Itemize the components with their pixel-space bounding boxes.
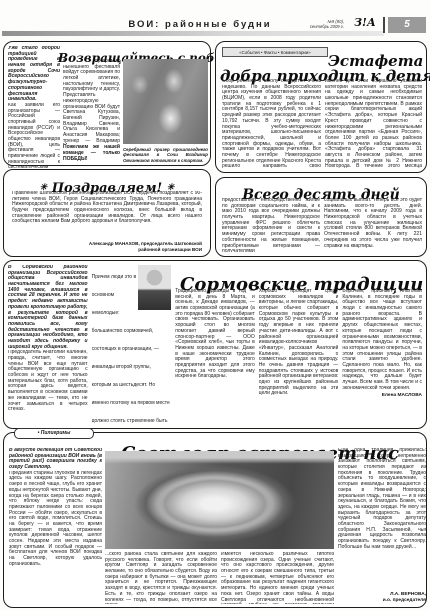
rubric-tag-pilgrims: • Пилигримы bbox=[14, 428, 94, 439]
article-sormovo-columns: В Сормовской районной организации Всерос… bbox=[8, 265, 422, 425]
article-svetloyar-text-right: Еще одна традиция прижилась: возвращаясь… bbox=[338, 448, 426, 592]
article-sormovo-column-5: Впрочем, признает Анатолий Калинин, в по… bbox=[342, 265, 422, 425]
page-number: 5 bbox=[388, 17, 426, 33]
article-svetloyar-column-mid2: Имеется несколько различных гипотез прои… bbox=[221, 552, 334, 604]
article-estafeta-column-1: Сбор ребенка в школу обходится очень нед… bbox=[222, 79, 321, 168]
article-pozdravlyaem-signature: Александр МАНАХОВ, председатель Шатковск… bbox=[44, 241, 202, 252]
issue-date: сентябрь 2009 г. bbox=[296, 24, 344, 29]
article-svetloyar: • Пилигримы Светлояр встречает нас В авг… bbox=[3, 432, 427, 608]
article-sormovo: Сормовские традиции В Сормовской районно… bbox=[3, 260, 427, 429]
article-sormovo-byline: Елена МАСЛОВА bbox=[342, 393, 422, 398]
article-sormovo-column-1: В Сормовской районной организации Всерос… bbox=[8, 265, 88, 425]
newspaper-page: ВОИ: районные будни №9 (80), сентябрь 20… bbox=[0, 0, 430, 611]
article-sormovo-column-3: Традиционно, дважды в год — весной, в де… bbox=[175, 265, 255, 425]
svetloyar-lake-photo bbox=[105, 451, 334, 549]
article-desyat-column-1: предоставляет непосредственно жилье по д… bbox=[222, 198, 320, 252]
article-svetloyar-byline: Л.А. ВЕРНОВА, и.о. председателя bbox=[338, 592, 426, 604]
article-sormovo-lead: В Сормовской районной организации Всерос… bbox=[8, 265, 88, 350]
article-svetloyar-column-left: В августе делегация от Советской районно… bbox=[9, 448, 102, 604]
festival-crowd-photo bbox=[123, 59, 208, 144]
byline-role: и.о. председателя bbox=[338, 598, 426, 604]
newspaper-logo: З!А bbox=[350, 16, 380, 29]
article-svetloyar-lead: В августе делегация от Советской районно… bbox=[9, 448, 102, 471]
article-pozdravlyaem-body: Правление Шатковской районной организаци… bbox=[12, 191, 202, 237]
article-svetloyar-column-mid1: ...ского района стала святыней для каждо… bbox=[105, 552, 217, 604]
header-divider bbox=[383, 17, 385, 33]
rubric-tag-events: «События • Факты • Комментарии» bbox=[222, 47, 328, 57]
article-pobeda-column-2: В программу нынешнего фестиваля войдут с… bbox=[63, 59, 120, 162]
article-svetloyar-column-right: Еще одна традиция прижилась: возвращаясь… bbox=[338, 448, 426, 604]
section-title: ВОИ: районные будни bbox=[70, 19, 330, 30]
header-rule-bar bbox=[2, 31, 384, 36]
festival-photo-caption: Серебряный призер прошлогоднего фестивал… bbox=[123, 147, 208, 163]
article-desyat: Всего десять дней предоставляет непосред… bbox=[215, 177, 427, 257]
article-pobeda-text-2: В программу нынешнего фестиваля войдут с… bbox=[63, 59, 120, 144]
article-desyat-column-2: социальных выплат. Теперь все это будет … bbox=[324, 198, 422, 252]
article-estafeta-column-2: именно для этой социально уязвимой катег… bbox=[325, 79, 422, 168]
article-pobeda-slogan: Пожелаем же нашей команде — только ПОБЕД… bbox=[63, 144, 120, 162]
signature-role: районной организации ВОИ bbox=[44, 247, 202, 253]
chairman-portrait-photo bbox=[138, 265, 171, 310]
article-sormovo-column-2: Причем люди это в основном немолодые: бо… bbox=[92, 265, 172, 425]
article-estafeta: «События • Факты • Комментарии» Эстафета… bbox=[215, 41, 427, 173]
article-sormovo-text-1: Председатель Анатолий Калинин, правда, с… bbox=[8, 350, 88, 413]
article-pozdravlyaem: ✳ Поздравляем! ✳ Правление Шатковской ра… bbox=[3, 169, 211, 257]
issue-info: №9 (80), сентябрь 2009 г. bbox=[296, 19, 344, 30]
article-sormovo-text-5: Впрочем, признает Анатолий Калинин, в по… bbox=[342, 289, 422, 391]
article-pobeda: Возвращайтесь с победой! Уже стало добро… bbox=[3, 41, 211, 166]
article-pobeda-lead: Уже стало доброй традицией проведение в … bbox=[8, 46, 60, 103]
article-pobeda-column-1: Уже стало доброй традицией проведение в … bbox=[8, 46, 60, 162]
article-svetloyar-text-left: Предания старины глубокой в легендах зде… bbox=[9, 471, 102, 568]
article-sormovo-column-4: Хорошо проходят среди сормовских инвалид… bbox=[259, 265, 339, 425]
